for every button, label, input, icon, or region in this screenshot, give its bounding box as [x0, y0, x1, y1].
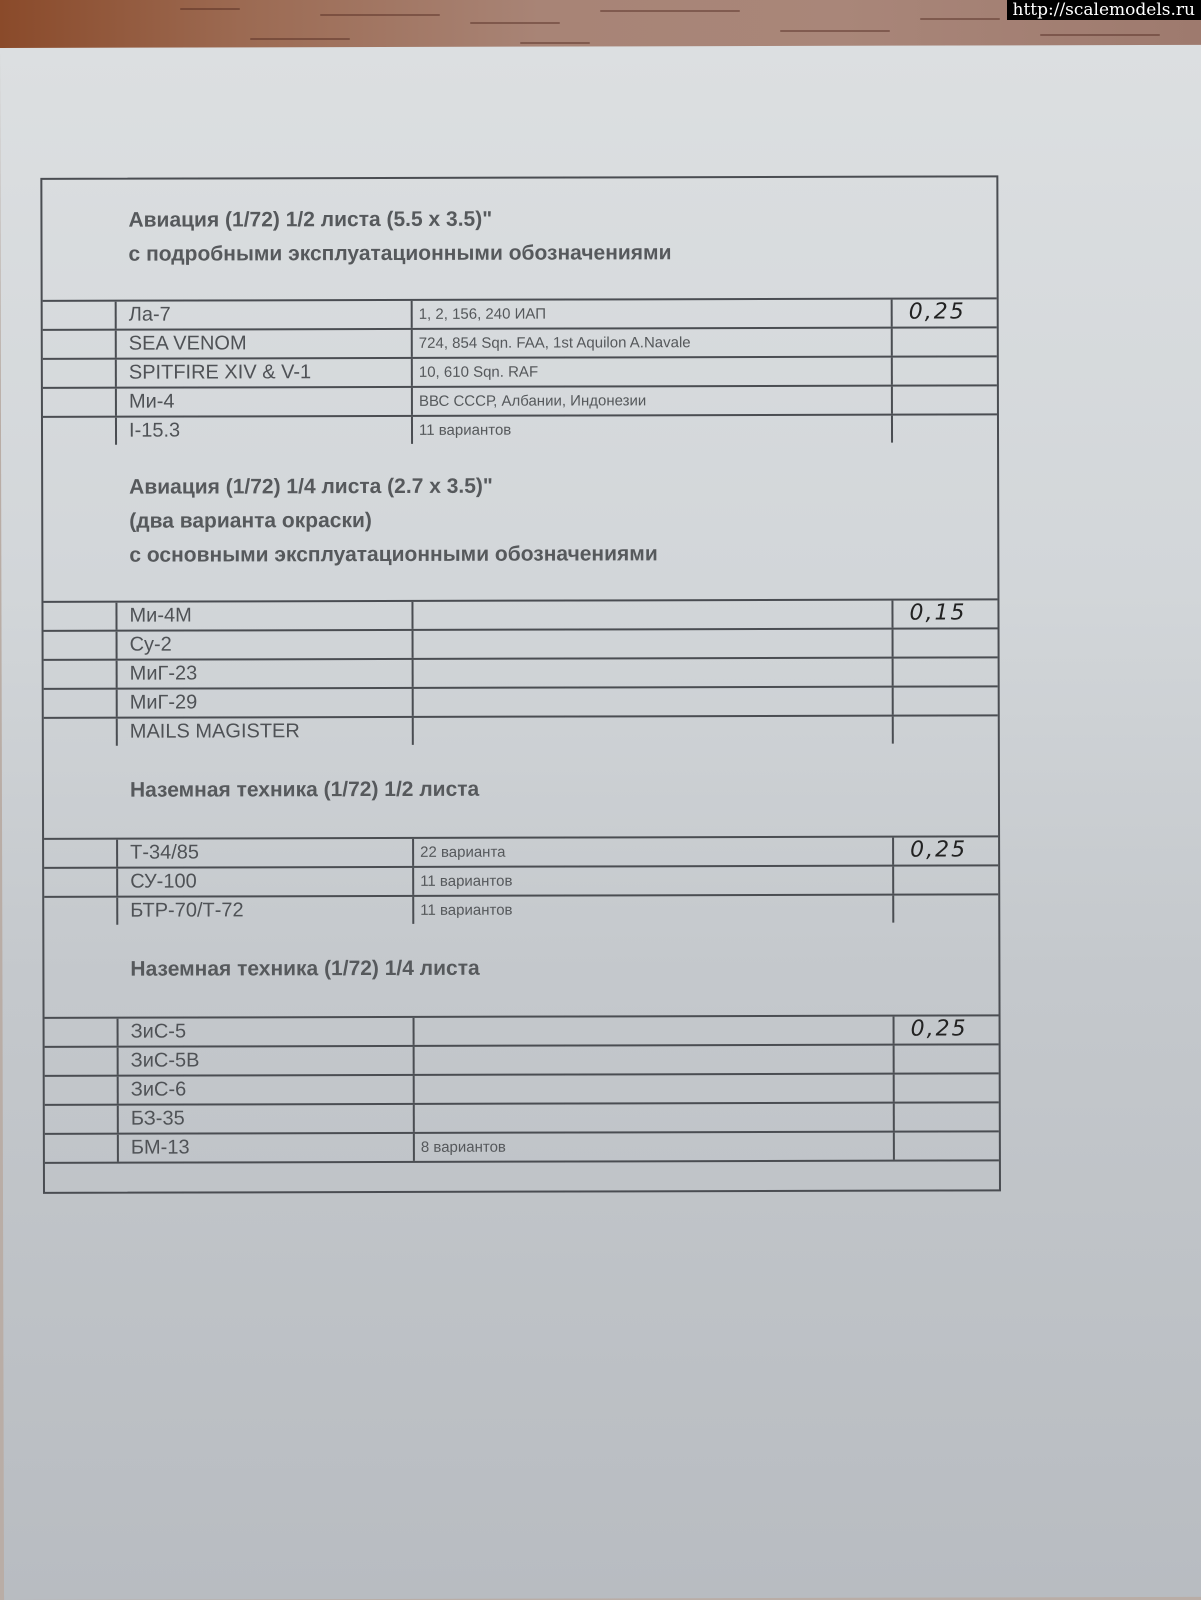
table-row: СУ-10011 вариантов: [44, 864, 998, 895]
blank-cell: [45, 1077, 119, 1104]
variant-note-cell: [415, 1075, 895, 1103]
variant-note-cell: [415, 1046, 895, 1074]
table-row: Ми-4М0,15: [43, 598, 997, 629]
variant-note-cell: 11 вариантов: [414, 867, 894, 895]
blank-cell: [45, 1106, 119, 1133]
handwritten-price-cell: [895, 1045, 999, 1072]
blank-cell: [44, 632, 118, 659]
price-list-table: Авиация (1/72) 1/2 листа (5.5 x 3.5)"с п…: [40, 175, 1001, 1194]
blank-cell: [43, 418, 117, 445]
handwritten-price-cell: [893, 328, 997, 355]
paper-sheet: Авиация (1/72) 1/2 листа (5.5 x 3.5)"с п…: [0, 45, 1201, 1600]
handwritten-price-cell: [895, 1103, 999, 1130]
blank-cell: [43, 360, 117, 387]
handwritten-price-cell: 0,25: [893, 299, 997, 326]
handwritten-price-cell: [893, 386, 997, 413]
handwritten-price-cell: [894, 658, 998, 685]
handwritten-price-cell: 0,25: [895, 1016, 999, 1043]
model-name-cell: I-15.3: [117, 417, 413, 445]
section-heading: Авиация (1/72) 1/2 листа (5.5 x 3.5)"с п…: [42, 177, 996, 299]
blank-cell: [44, 719, 118, 746]
model-name-cell: МиГ-23: [118, 660, 414, 688]
model-name-cell: Су-2: [118, 631, 414, 659]
model-name-cell: БЗ-35: [119, 1105, 415, 1133]
blank-cell: [45, 1048, 119, 1075]
table-row: БМ-138 вариантов: [45, 1130, 999, 1161]
blank-cell: [44, 869, 118, 896]
empty-footer-row: [45, 1159, 999, 1191]
watermark-url: http://scalemodels.ru: [1007, 0, 1201, 20]
section-heading-line: Наземная техника (1/72) 1/2 листа: [130, 771, 998, 807]
variant-note-cell: [415, 1104, 895, 1132]
handwritten-price-cell: [893, 415, 997, 442]
variant-note-cell: 724, 854 Sqn. FAA, 1st Aquilon A.Navale: [413, 329, 893, 357]
handwritten-price-cell: [893, 357, 997, 384]
variant-note-cell: [414, 659, 894, 687]
blank-cell: [43, 331, 117, 358]
section-heading: Наземная техника (1/72) 1/2 листа: [44, 743, 998, 837]
model-name-cell: БТР-70/Т-72: [118, 897, 414, 925]
model-name-cell: Ла-7: [117, 301, 413, 329]
section-heading-line: Наземная техника (1/72) 1/4 листа: [130, 950, 998, 986]
table-row: MAILS MAGISTER: [44, 714, 998, 745]
variant-note-cell: 11 вариантов: [414, 896, 894, 924]
model-name-cell: МиГ-29: [118, 689, 414, 717]
handwritten-price-cell: 0,25: [894, 837, 998, 864]
model-name-cell: СУ-100: [118, 868, 414, 896]
variant-note-cell: 1, 2, 156, 240 ИАП: [413, 300, 893, 328]
blank-cell: [43, 603, 117, 630]
table-row: Ми-4ВВС СССР, Албании, Индонезии: [43, 384, 997, 415]
blank-cell: [44, 661, 118, 688]
variant-note-cell: ВВС СССР, Албании, Индонезии: [413, 387, 893, 415]
table-row: SEA VENOM724, 854 Sqn. FAA, 1st Aquilon …: [43, 326, 997, 357]
section-heading-line: с основными эксплуатационными обозначени…: [129, 536, 997, 572]
table-row: ЗиС-6: [45, 1072, 999, 1103]
table-row: SPITFIRE XIV & V-110, 610 Sqn. RAF: [43, 355, 997, 386]
table-row: МиГ-23: [44, 656, 998, 687]
table-row: Ла-71, 2, 156, 240 ИАП0,25: [43, 297, 997, 328]
section-heading: Авиация (1/72) 1/4 листа (2.7 x 3.5)"(дв…: [43, 442, 997, 600]
table-row: БЗ-35: [45, 1101, 999, 1132]
model-name-cell: БМ-13: [119, 1134, 415, 1162]
section-heading-line: Авиация (1/72) 1/4 листа (2.7 x 3.5)": [129, 468, 997, 504]
section-heading-line: Авиация (1/72) 1/2 листа (5.5 x 3.5)": [128, 201, 996, 237]
variant-note-cell: [414, 688, 894, 716]
variant-note-cell: 8 вариантов: [415, 1133, 895, 1161]
blank-cell: [43, 389, 117, 416]
blank-cell: [44, 840, 118, 867]
section-heading-line: с подробными эксплуатационными обозначен…: [128, 235, 996, 271]
model-name-cell: Т-34/85: [118, 839, 414, 867]
handwritten-price-cell: [894, 895, 998, 922]
table-row: ЗиС-50,25: [45, 1014, 999, 1045]
section-heading-line: (два варианта окраски): [129, 502, 997, 538]
table-row: ЗиС-5В: [45, 1043, 999, 1074]
handwritten-price-cell: 0,15: [893, 600, 997, 627]
model-name-cell: SPITFIRE XIV & V-1: [117, 359, 413, 387]
handwritten-price-cell: [895, 1074, 999, 1101]
blank-cell: [43, 302, 117, 329]
variant-note-cell: [413, 601, 893, 629]
table-row: Су-2: [44, 627, 998, 658]
blank-cell: [44, 898, 118, 925]
blank-cell: [44, 690, 118, 717]
table-row: I-15.311 вариантов: [43, 413, 997, 444]
table-row: Т-34/8522 варианта0,25: [44, 835, 998, 866]
model-name-cell: MAILS MAGISTER: [118, 718, 414, 746]
table-row: БТР-70/Т-7211 вариантов: [44, 893, 998, 924]
model-name-cell: SEA VENOM: [117, 330, 413, 358]
model-name-cell: ЗиС-6: [119, 1076, 415, 1104]
variant-note-cell: 11 вариантов: [413, 416, 893, 444]
handwritten-price-cell: [894, 716, 998, 743]
table-row: МиГ-29: [44, 685, 998, 716]
handwritten-price-cell: [895, 1132, 999, 1159]
model-name-cell: Ми-4: [117, 388, 413, 416]
variant-note-cell: 10, 610 Sqn. RAF: [413, 358, 893, 386]
variant-note-cell: [414, 717, 894, 745]
variant-note-cell: 22 варианта: [414, 838, 894, 866]
blank-cell: [45, 1019, 119, 1046]
model-name-cell: ЗиС-5В: [119, 1047, 415, 1075]
variant-note-cell: [415, 1017, 895, 1045]
handwritten-price-cell: [894, 629, 998, 656]
handwritten-price-cell: [894, 866, 998, 893]
handwritten-price-cell: [894, 687, 998, 714]
blank-cell: [45, 1135, 119, 1162]
section-heading: Наземная техника (1/72) 1/4 листа: [44, 922, 998, 1016]
variant-note-cell: [414, 630, 894, 658]
model-name-cell: Ми-4М: [117, 602, 413, 630]
model-name-cell: ЗиС-5: [119, 1018, 415, 1046]
